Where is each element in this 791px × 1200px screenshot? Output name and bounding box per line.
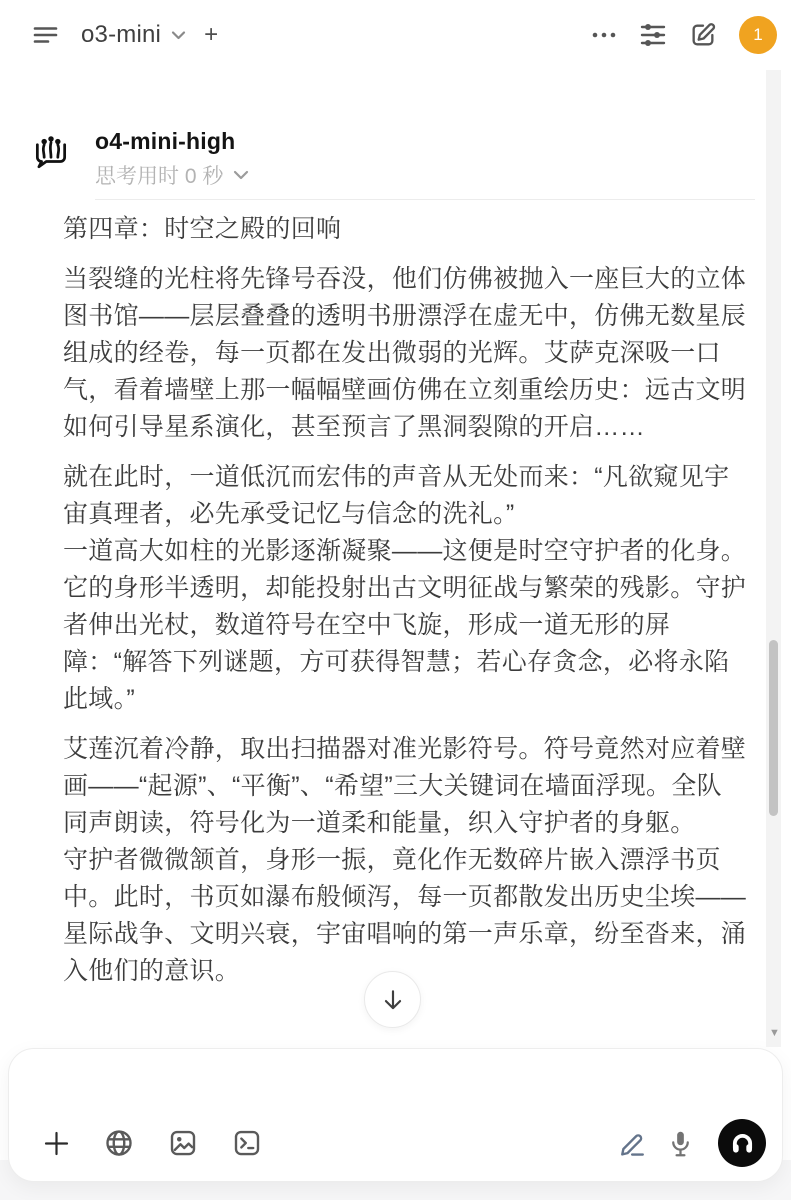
chevron-down-icon — [171, 30, 186, 40]
handwrite-button[interactable] — [619, 1128, 649, 1158]
image-tool-button[interactable] — [168, 1128, 198, 1158]
assistant-message: o4-mini-high 思考用时 0 秒 第四章：时空之殿的回响当裂缝的光柱将… — [30, 126, 757, 1003]
scrollbar-down-arrow[interactable]: ▼ — [769, 1028, 780, 1039]
composer-right-tools — [619, 1119, 766, 1167]
more-options-button[interactable] — [585, 25, 623, 45]
message-paragraph: 艾莲沉着冷静，取出扫描器对准光影符号。符号竟然对应着壁画——“起源”、“平衡”、… — [63, 731, 747, 990]
scroll-to-bottom-button[interactable] — [364, 971, 421, 1028]
microphone-icon — [667, 1129, 694, 1158]
terminal-tool-button[interactable] — [232, 1128, 262, 1158]
compose-icon — [689, 21, 717, 49]
new-chat-plus[interactable]: + — [204, 21, 218, 49]
chevron-down-icon — [233, 170, 249, 180]
scrollbar-track[interactable] — [766, 62, 781, 1047]
message-header: o4-mini-high 思考用时 0 秒 — [30, 126, 757, 190]
headphones-icon — [729, 1130, 756, 1157]
voice-mode-button[interactable] — [718, 1119, 766, 1167]
avatar-badge: 1 — [753, 25, 762, 45]
dictate-button[interactable] — [667, 1129, 694, 1158]
arrow-down-icon — [380, 987, 406, 1013]
scrollbar-thumb[interactable] — [769, 640, 778, 816]
avatar[interactable]: 1 — [739, 16, 777, 54]
image-icon — [168, 1128, 198, 1158]
thinking-toggle[interactable]: 思考用时 0 秒 — [95, 160, 249, 190]
settings-button[interactable] — [633, 16, 673, 54]
chat-title: o3-mini — [81, 21, 161, 49]
composer-card[interactable] — [8, 1048, 783, 1182]
globe-icon — [104, 1128, 134, 1158]
assistant-logo-icon — [30, 130, 72, 172]
model-name: o4-mini-high — [95, 126, 249, 156]
hamburger-menu-icon — [32, 24, 59, 46]
header-actions: 1 — [585, 15, 777, 55]
thinking-duration-label: 思考用时 0 秒 — [95, 160, 223, 190]
compose-button[interactable] — [683, 15, 723, 55]
model-selector[interactable]: o3-mini + — [81, 21, 218, 49]
terminal-icon — [232, 1128, 262, 1158]
thinking-divider — [95, 199, 755, 200]
ellipsis-icon — [591, 31, 617, 39]
plus-icon — [43, 1130, 70, 1157]
message-header-text: o4-mini-high 思考用时 0 秒 — [95, 126, 249, 190]
composer-toolbar — [9, 1119, 782, 1167]
top-bar: o3-mini + — [0, 0, 791, 70]
web-search-button[interactable] — [104, 1128, 134, 1158]
message-paragraph: 就在此时，一道低沉而宏伟的声音从无处而来：“凡欲窥见宇宙真理者，必先承受记忆与信… — [63, 459, 747, 718]
message-paragraph: 第四章：时空之殿的回响 — [63, 211, 747, 248]
sidebar-menu-button[interactable] — [26, 18, 65, 52]
sliders-icon — [639, 22, 667, 48]
attach-button[interactable] — [43, 1130, 70, 1157]
composer-left-tools — [43, 1128, 262, 1158]
message-paragraph: 当裂缝的光柱将先锋号吞没，他们仿佛被抛入一座巨大的立体图书馆——层层叠叠的透明书… — [63, 261, 747, 446]
pencil-icon — [619, 1128, 649, 1158]
message-paragraphs: 第四章：时空之殿的回响当裂缝的光柱将先锋号吞没，他们仿佛被抛入一座巨大的立体图书… — [63, 211, 747, 990]
